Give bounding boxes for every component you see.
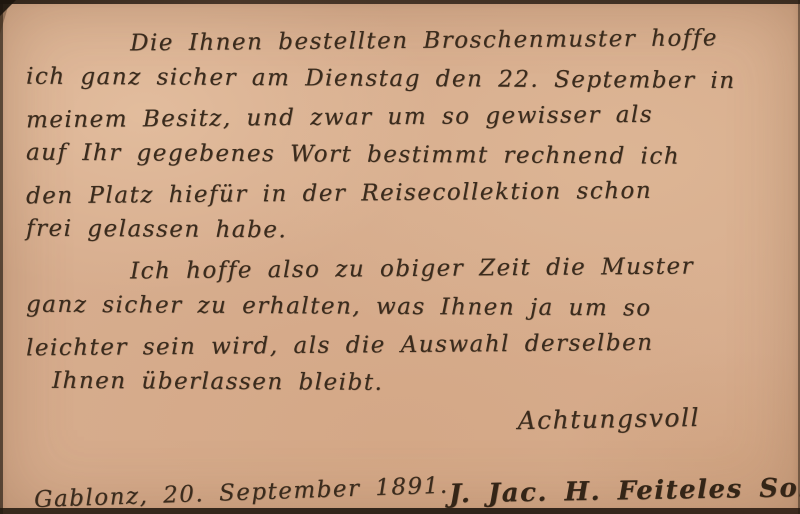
body-line: den Platz hiefür in der Reisecollektion …	[26, 171, 790, 216]
body-line: Ich hoffe also zu obiger Zeit die Muster	[26, 247, 790, 292]
handwritten-text: Die Ihnen bestellten Broschenmuster hoff…	[26, 22, 790, 506]
paper-card: Die Ihnen bestellten Broschenmuster hoff…	[0, 0, 800, 514]
scan-edge-bottom	[0, 508, 800, 514]
torn-corner	[0, 0, 16, 16]
body-line: frei gelassen habe.	[26, 210, 790, 253]
postcard-scan: Die Ihnen bestellten Broschenmuster hoff…	[0, 0, 800, 514]
body-line: leichter sein wird, als die Auswahl ders…	[26, 323, 790, 368]
body-line: ich ganz sicher am Dienstag den 22. Sept…	[26, 58, 790, 101]
body-line: meinem Besitz, und zwar um so gewisser a…	[26, 95, 790, 140]
scan-edge-left	[0, 0, 3, 514]
closing-valediction: Achtungsvoll	[26, 395, 791, 450]
body-line: auf Ihr gegebenes Wort bestimmt rechnend…	[26, 134, 790, 177]
scan-edge-top	[0, 0, 800, 4]
body-line: Die Ihnen bestellten Broschenmuster hoff…	[26, 19, 790, 64]
signature: J. Jac. H. Feiteles Sohn	[448, 473, 800, 510]
body-line: ganz sicher zu erhalten, was Ihnen ja um…	[26, 286, 790, 329]
date-signature-row: Gablonz, 20. September 1891. J. Jac. H. …	[26, 454, 790, 506]
